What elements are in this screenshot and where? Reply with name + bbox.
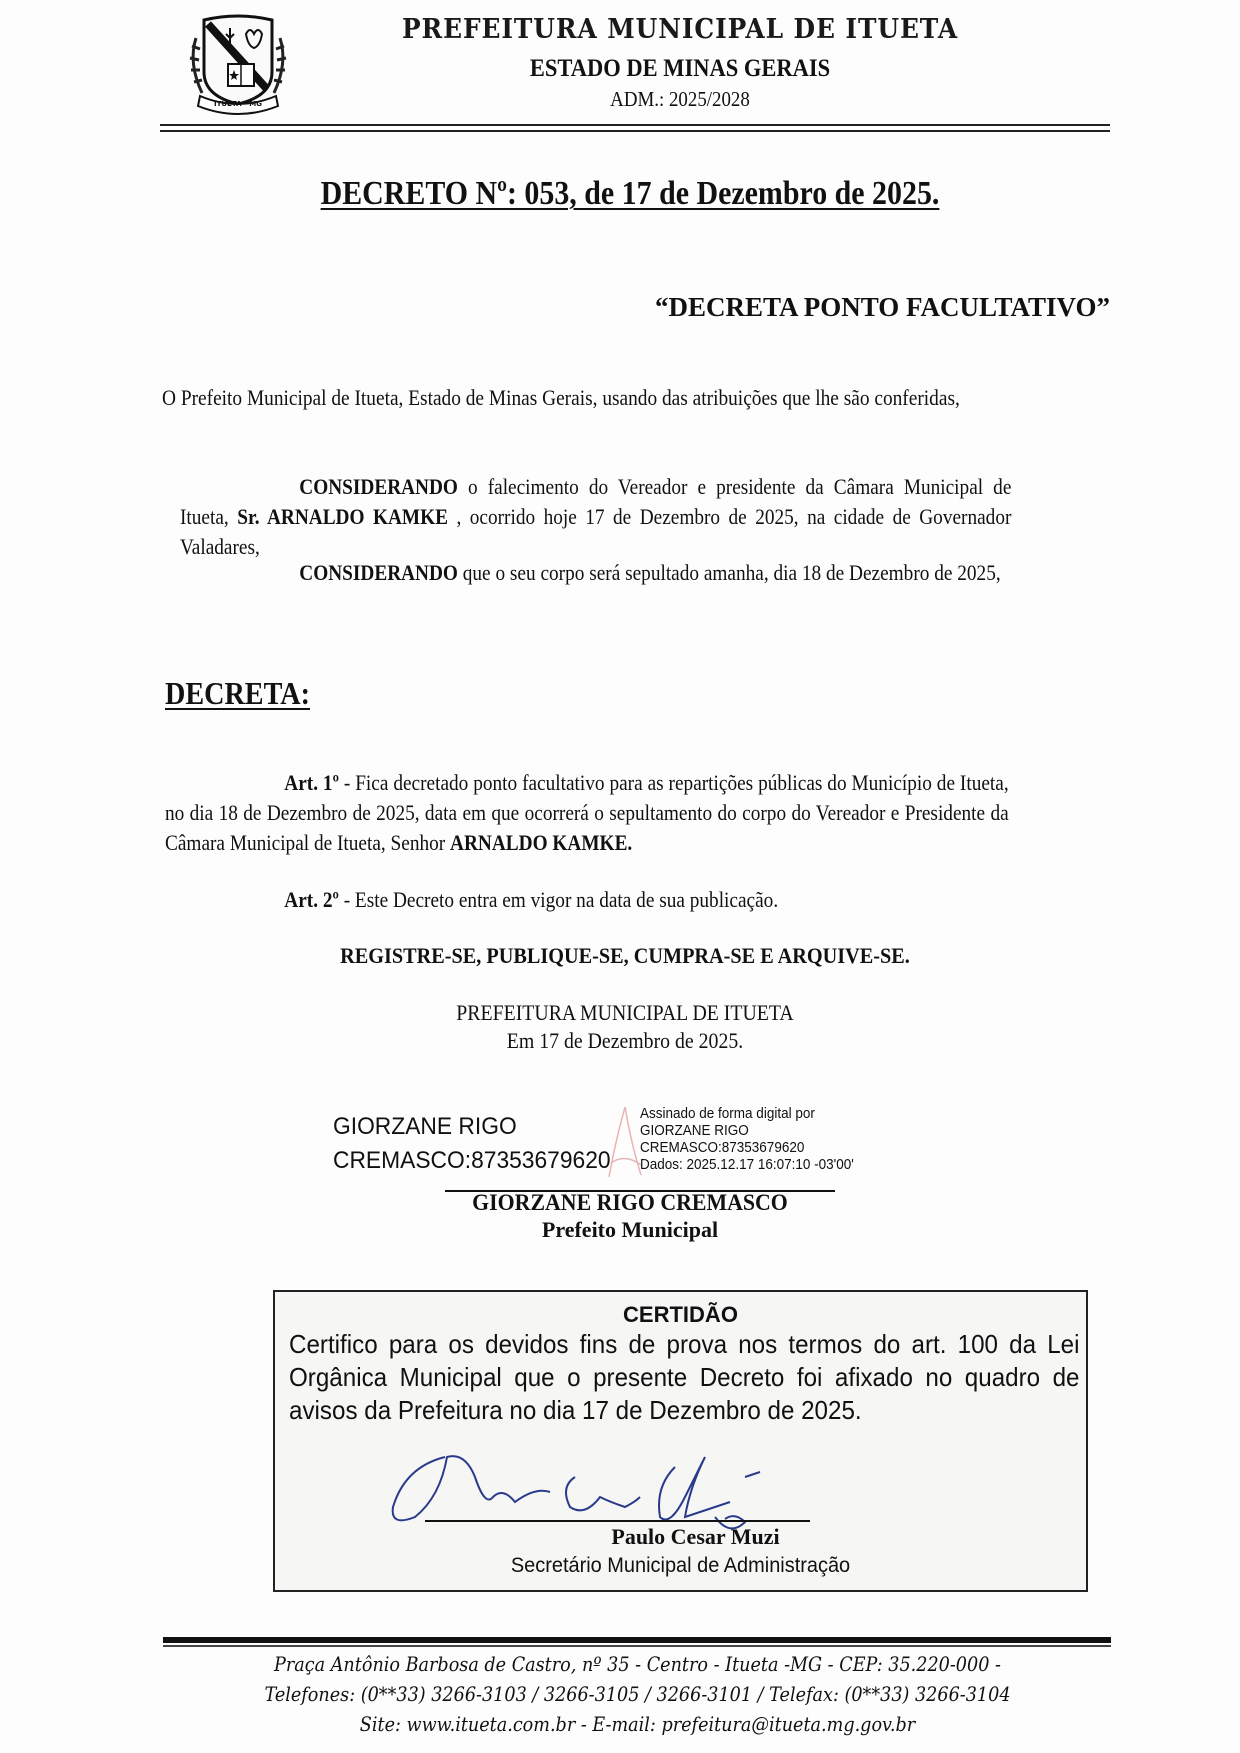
decree-title: DECRETO Nº: 053, de 17 de Dezembro de 20… [287, 175, 973, 213]
header-divider [160, 124, 1110, 126]
footer-contact: Site: www.itueta.com.br - E-mail: prefei… [209, 1712, 1067, 1736]
certificate-box: CERTIDÃO Certifico para os devidos fins … [273, 1290, 1088, 1592]
svg-text:ITUETA - MG: ITUETA - MG [214, 100, 262, 108]
decreta-heading: DECRETA: [165, 675, 310, 712]
municipal-coat-of-arms: ITUETA - MG [178, 8, 298, 120]
signer-name: GIORZANE RIGO CREMASCO [364, 1190, 896, 1216]
signature-line [425, 1520, 810, 1522]
footer-divider [163, 1645, 1111, 1647]
digital-signature-name: GIORZANE RIGO CREMASCO:87353679620 [333, 1110, 611, 1178]
municipality-name: PREFEITURA MUNICIPAL DE ITUETA [330, 14, 1029, 45]
footer-divider [163, 1637, 1111, 1643]
considerando-paragraph-1: CONSIDERANDO o falecimento do Vereador e… [180, 472, 1011, 562]
administration-term: ADM.: 2025/2028 [338, 87, 1022, 112]
certificate-text: Certifico para os devidos fins de prova … [289, 1328, 1080, 1427]
decree-subject: “DECRETA PONTO FACULTATIVO” [560, 292, 1110, 323]
footer-address: Praça Antônio Barbosa de Castro, nº 35 -… [209, 1652, 1067, 1676]
signer-role: Prefeito Municipal [350, 1217, 910, 1243]
state-name: ESTADO DE MINAS GERAIS [338, 55, 1022, 83]
header-divider [160, 130, 1110, 132]
certificate-signer-role: Secretário Municipal de Administração [295, 1554, 1065, 1578]
closing-formula: REGISTRE-SE, PUBLIQUE-SE, CUMPRA-SE E AR… [234, 943, 1016, 969]
issuing-date: Em 17 de Dezembro de 2025. [333, 1028, 918, 1054]
digital-signature-watermark-icon [605, 1103, 645, 1183]
certificate-title: CERTIDÃO [275, 1302, 1086, 1328]
footer-phones: Telefones: (0**33) 3266-3103 / 3266-3105… [209, 1682, 1067, 1706]
article-1: Art. 1º - Fica decretado ponto facultati… [165, 768, 1009, 858]
article-2: Art. 2º - Este Decreto entra em vigor na… [165, 885, 1009, 915]
considerando-paragraph-2: CONSIDERANDO que o seu corpo será sepult… [180, 558, 1011, 588]
intro-paragraph: O Prefeito Municipal de Itueta, Estado d… [162, 383, 1007, 413]
certificate-signer-name: Paulo Cesar Muzi [275, 1524, 1086, 1550]
issuing-place: PREFEITURA MUNICIPAL DE ITUETA [333, 1000, 918, 1026]
digital-signature-stamp: Assinado de forma digital por GIORZANE R… [640, 1105, 854, 1173]
coat-of-arms-icon: ITUETA - MG [178, 8, 298, 120]
